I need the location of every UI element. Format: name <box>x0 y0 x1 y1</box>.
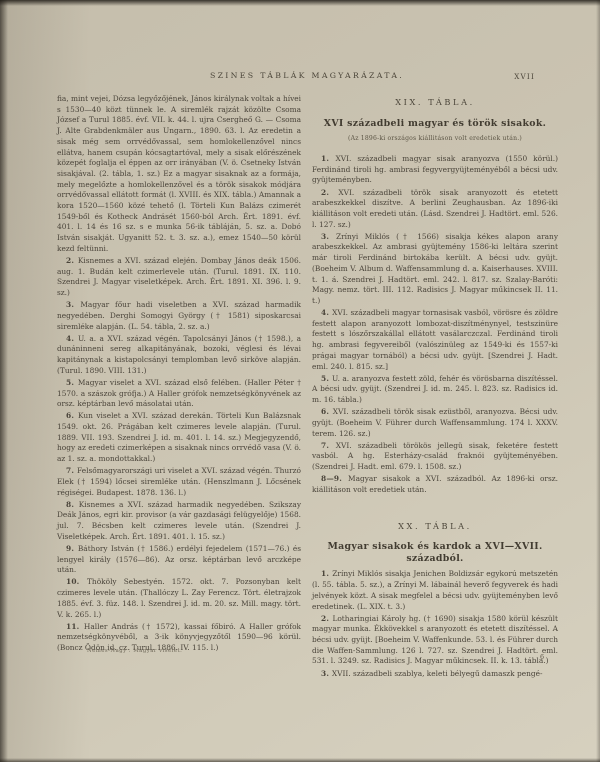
item-number: 7. <box>66 466 77 475</box>
scan-edge-top <box>0 0 600 6</box>
right-column: XIX. TÁBLA.XVI századbeli magyar és törö… <box>312 94 558 681</box>
list-item: 4. U. a. a XVI. század végén. Tapolcsány… <box>57 334 301 377</box>
list-item: 6. XVI. századbeli török sisak ezüstből,… <box>312 407 558 439</box>
plate-subtitle: (Az 1896-ki országos kiállitáson volt er… <box>312 134 558 145</box>
item-number: 1. <box>321 154 336 163</box>
item-number: 3. <box>321 669 332 678</box>
item-number: 9. <box>66 544 78 553</box>
list-item: 2. Lotharingiai Károly hg. († 1690) sisa… <box>312 614 558 668</box>
footer-imprint: Nemes-Nagy : Magyar viselet. <box>87 648 182 654</box>
item-number: 11. <box>66 622 84 631</box>
item-number: 5. <box>321 374 332 383</box>
plate-title: XVI századbeli magyar és török sisakok. <box>312 118 558 130</box>
running-header: SZINES TÁBLÁK MAGYARÁZATA. XVII <box>57 71 557 83</box>
list-item: 5. U. a. aranyozva festett zöld, fehér é… <box>312 374 558 406</box>
text-columns: fia, mint vejei, Dózsa legyőzőjének, Ján… <box>57 94 558 681</box>
paragraph: fia, mint vejei, Dózsa legyőzőjének, Ján… <box>57 94 301 255</box>
list-item: 1. XVI. századbeli magyar sisak aranyozv… <box>312 154 558 186</box>
item-number: 6. <box>321 407 333 416</box>
list-item: 1. Zrínyi Miklós sisakja Jenichen Boldiz… <box>312 569 558 612</box>
plate-heading: XIX. TÁBLA. <box>312 97 558 108</box>
item-number: 2. <box>321 614 332 623</box>
item-number: 8. <box>66 500 79 509</box>
list-item: 7. Felsőmagyarországi uri viselet a XVI.… <box>57 466 301 498</box>
list-item: 4. XVI. századbeli magyar tornasisak vas… <box>312 308 558 372</box>
list-item: 7. XVI. századbeli törökös jellegü sisak… <box>312 441 558 473</box>
item-number: 3. <box>321 232 336 241</box>
item-number: 2. <box>321 188 338 197</box>
item-number: 2. <box>66 256 78 265</box>
list-item: 8—9. Magyar sisakok a XVI. századból. Az… <box>312 474 558 495</box>
signature-mark: 6 <box>540 653 544 661</box>
scan-edge-right <box>596 0 600 762</box>
item-number: 5. <box>66 378 78 387</box>
left-column: fia, mint vejei, Dózsa legyőzőjének, Ján… <box>57 94 301 681</box>
item-number: 8—9. <box>321 474 348 483</box>
list-item: 8. Kisnemes a XVI. század harmadik negye… <box>57 500 301 543</box>
list-item: 5. Magyar viselet a XVI. század első fel… <box>57 378 301 410</box>
plate-section: XIX. TÁBLA.XVI századbeli magyar és törö… <box>312 97 558 496</box>
item-number: 7. <box>321 441 336 450</box>
list-item: 2. XVI. századbeli török sisak aranyozot… <box>312 188 558 231</box>
list-item: 6. Kun viselet a XVI. század derekán. Tö… <box>57 411 301 465</box>
list-item: 3. Zrínyi Miklós († 1566) sisakja kékes … <box>312 232 558 307</box>
list-item: 9. Báthory István († 1586.) erdélyi feje… <box>57 544 301 576</box>
item-number: 4. <box>321 308 332 317</box>
scan-edge-left <box>0 0 8 762</box>
plate-title: Magyar sisakok és kardok a XVI—XVII. szá… <box>312 541 558 564</box>
item-number: 3. <box>66 300 80 309</box>
page-number: XVII <box>514 72 535 81</box>
list-item: 3. XVII. századbeli szablya, keleti bély… <box>312 669 558 680</box>
item-number: 4. <box>66 334 78 343</box>
running-header-title: SZINES TÁBLÁK MAGYARÁZATA. <box>210 71 404 80</box>
scan-edge-bottom <box>0 758 600 762</box>
plate-heading: XX. TÁBLA. <box>312 521 558 532</box>
item-number: 1. <box>321 569 332 578</box>
list-item: 2. Kisnemes a XVI. század elején. Dombay… <box>57 256 301 299</box>
book-page: SZINES TÁBLÁK MAGYARÁZATA. XVII fia, min… <box>0 0 600 762</box>
item-number: 10. <box>66 577 87 586</box>
item-number: 6. <box>66 411 78 420</box>
list-item: 10. Thököly Sebestyén. 1572. okt. 7. Poz… <box>57 577 301 620</box>
list-item: 3. Magyar főur hadi viseletben a XVI. sz… <box>57 300 301 332</box>
plate-section: XX. TÁBLA.Magyar sisakok és kardok a XVI… <box>312 521 558 680</box>
